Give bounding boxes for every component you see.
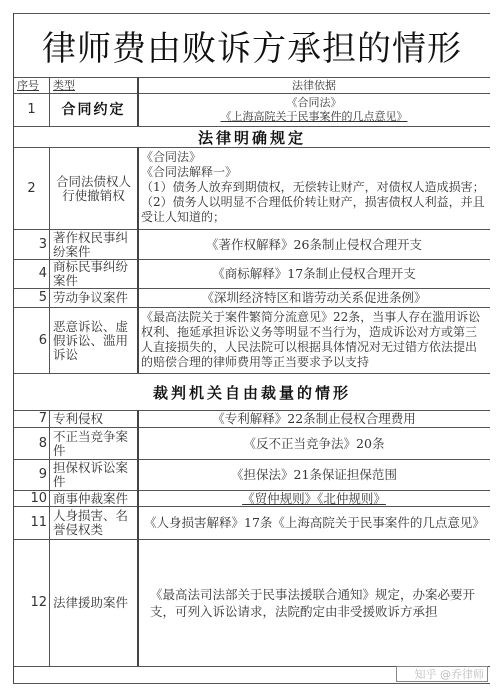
row-6-no: 6 (14, 308, 49, 373)
row-5-basis: 《深圳经济特区和谐劳动关系促进条例》 (138, 289, 490, 307)
header-type: 类型 (50, 78, 137, 93)
row-11-basis: 《人身损害解释》17条《上海高院关于民事案件的几点意见》 (138, 507, 490, 539)
row-10-no: 10 (14, 491, 49, 506)
row-9-basis: 《担保法》21条保证担保范围 (138, 460, 490, 490)
row-2-basis: 《合同法》 《合同法解释一》 （1）债务人放弃到期债权，无偿转让财产，对债权人造… (138, 148, 490, 229)
watermark: 知乎 @乔律师 (396, 666, 488, 682)
row-9-no: 9 (14, 460, 49, 490)
row-12-no: 12 (14, 540, 49, 666)
row-7-no: 7 (14, 411, 49, 427)
basis-line: 《合同法》 (141, 96, 487, 110)
basis-line: 《合同法》 (141, 150, 487, 165)
row-4-basis: 《商标解释》17条制止侵权合理开支 (138, 260, 490, 288)
row-7-type: 专利侵权 (50, 411, 137, 427)
basis-line: （1）债务人放弃到期债权，无偿转让财产，对债权人造成损害；（2）债务人以明显不合… (141, 180, 487, 225)
row-6-basis: 《最高法院关于案件繁简分流意见》22条，当事人存在滥用诉讼权利、拖延承担诉讼义务… (138, 308, 490, 373)
row-11-no: 11 (14, 507, 49, 539)
row-1-basis: 《合同法》 《上海高院关于民事案件的几点意见》 (138, 94, 490, 126)
row-3-no: 3 (14, 230, 49, 259)
row-10-type: 商事仲裁案件 (50, 491, 137, 506)
fee-table: 律师费由败诉方承担的情形 序号 类型 法律依据 1 合同约定 《合同法》 《上海… (13, 13, 490, 684)
basis-line: 《上海高院关于民事案件的几点意见》 (141, 110, 487, 124)
row-6-type: 恶意诉讼、虚假诉讼、滥用诉讼 (50, 308, 137, 373)
page-title: 律师费由败诉方承担的情形 (14, 14, 490, 77)
row-11-type: 人身损害、名誉侵权类 (50, 507, 137, 539)
header-no: 序号 (14, 78, 49, 93)
section-header-discretion: 裁判机关自由裁量的情形 (14, 374, 490, 410)
row-12-basis: 《最高法司法部关于民事法援联合通知》规定，办案必要开支，可列入诉讼请求，法院酌定… (138, 540, 490, 666)
row-7-basis: 《专利解释》22条制止侵权合理费用 (138, 411, 490, 427)
section-header-legal: 法律明确规定 (14, 127, 490, 147)
row-8-basis: 《反不正当竞争法》20条 (138, 428, 490, 459)
row-8-no: 8 (14, 428, 49, 459)
row-4-type: 商标民事纠纷案件 (50, 260, 137, 288)
header-basis: 法律依据 (138, 78, 490, 93)
basis-line: 《合同法解释一》 (141, 165, 487, 180)
row-3-basis: 《著作权解释》26条制止侵权合理开支 (138, 230, 490, 259)
row-8-type: 不正当竞争案件 (50, 428, 137, 459)
row-9-type: 担保权诉讼案件 (50, 460, 137, 490)
row-4-no: 4 (14, 260, 49, 288)
row-5-no: 5 (14, 289, 49, 307)
row-3-type: 著作权民事纠纷案件 (50, 230, 137, 259)
row-10-basis: 《贸仲规则》《北仲规则》 (138, 491, 490, 506)
row-2-no: 2 (14, 148, 49, 229)
row-1-type: 合同约定 (50, 94, 137, 126)
row-12-type: 法律援助案件 (50, 540, 137, 666)
row-1-no: 1 (14, 94, 49, 126)
row-2-type: 合同法债权人行使撤销权 (50, 148, 137, 229)
row-5-type: 劳动争议案件 (50, 289, 137, 307)
